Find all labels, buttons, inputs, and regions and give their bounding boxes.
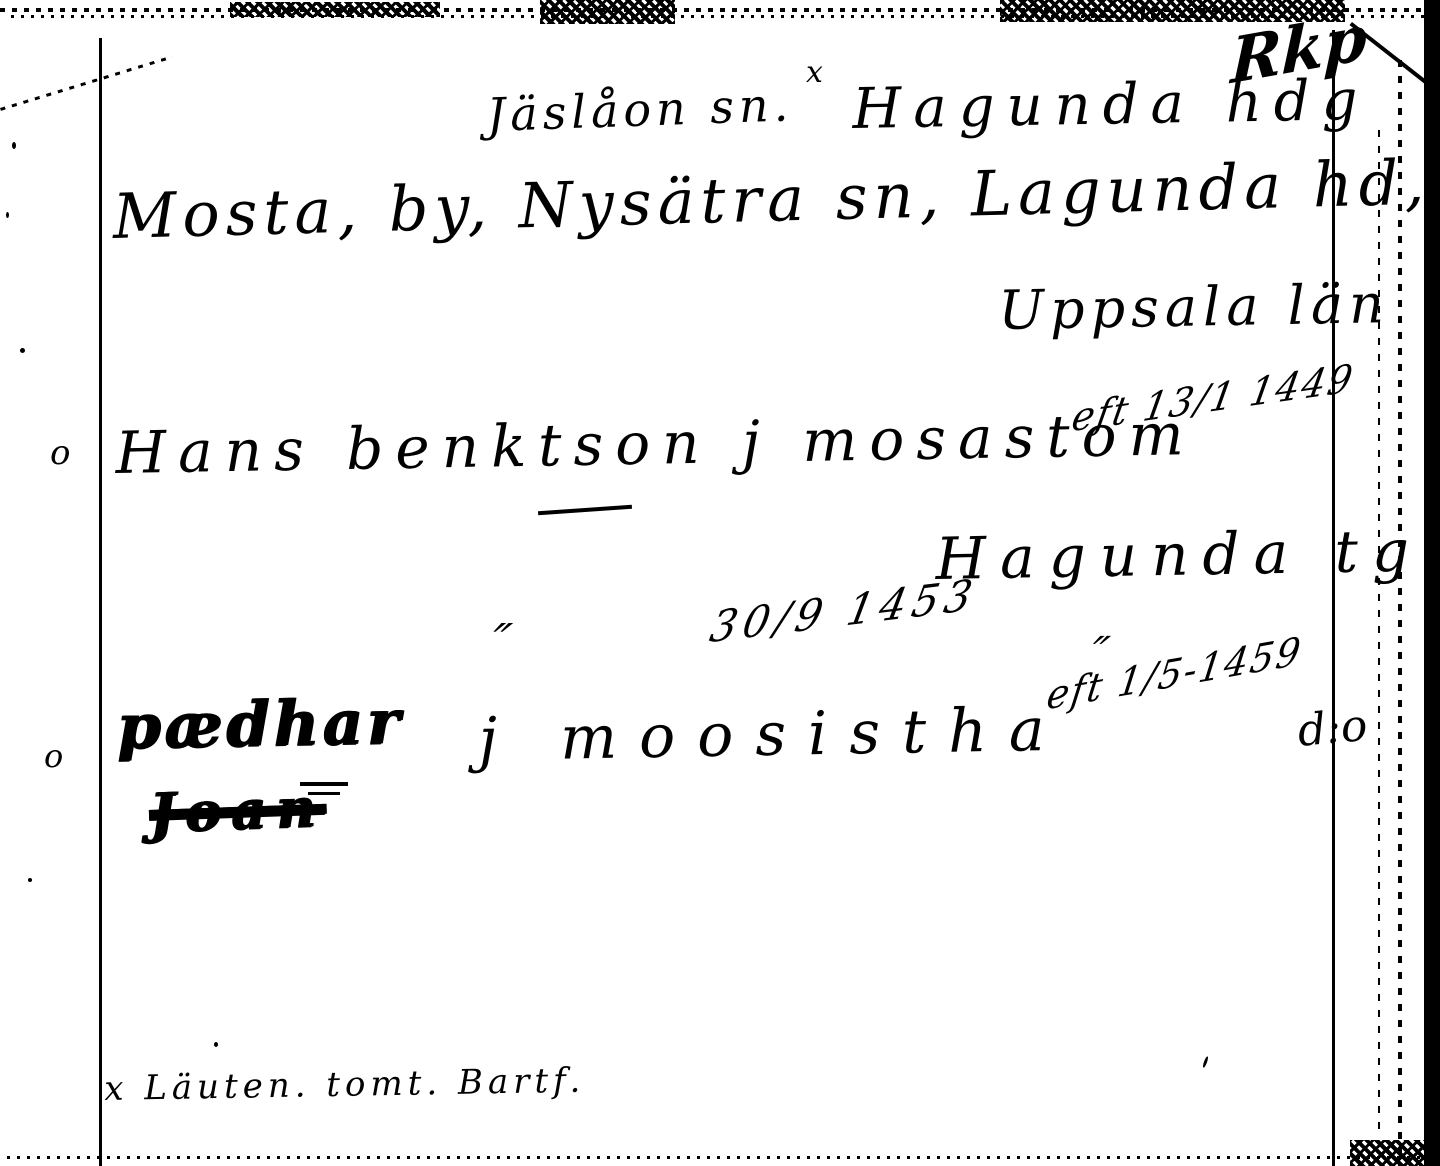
speck xyxy=(28,878,32,882)
entry2-court-ditto: d:o xyxy=(1296,704,1369,754)
scanned-index-card: Rkp Jäslåon sn. x Hagunda hdg Mosta, by,… xyxy=(0,0,1440,1166)
speck xyxy=(6,212,9,218)
speck xyxy=(12,142,16,149)
speck xyxy=(214,1042,218,1047)
entry1-underline xyxy=(538,505,632,516)
scan-noise-right-col-1 xyxy=(1398,60,1402,1166)
footnote-reference-mark: x xyxy=(806,58,823,88)
card-footnote: x Läuten. tomt. Bartf. xyxy=(104,1064,586,1106)
scan-noise-top-blob-1 xyxy=(230,2,440,17)
entry2-marker-circle: o xyxy=(44,740,63,772)
entry1-text: Hans benktson j mosastom xyxy=(115,405,1196,482)
ruled-line-left xyxy=(99,38,102,1166)
scan-noise-topleft-diag xyxy=(0,55,173,110)
card-county: Uppsala län xyxy=(998,277,1390,338)
ditto-date: 30/9 1453 xyxy=(707,573,982,649)
entry1-marker-circle: o xyxy=(50,436,70,470)
entry2-text: j moosistha xyxy=(478,700,1067,770)
card-title: Mosta, by, Nysätra sn, Lagunda hd, xyxy=(112,152,1431,248)
entry2-date: eft 1/5-1459 xyxy=(1044,631,1304,715)
ditto-mark-left: ″ xyxy=(484,618,515,666)
parish-note: Jäslåon sn. xyxy=(486,81,794,138)
entry1-date: eft 13/1 1449 xyxy=(1069,358,1357,437)
scan-noise-top-blob-2 xyxy=(540,0,675,24)
entry2-name: pædhar xyxy=(116,691,403,758)
speck xyxy=(20,348,25,353)
scan-noise-bottom xyxy=(0,1156,1440,1159)
speck xyxy=(1202,1056,1209,1068)
district-note: Hagunda hdg xyxy=(852,73,1370,138)
entry2-struck-name: Joan xyxy=(148,780,326,840)
entry1-court: Hagunda tg xyxy=(935,521,1424,588)
